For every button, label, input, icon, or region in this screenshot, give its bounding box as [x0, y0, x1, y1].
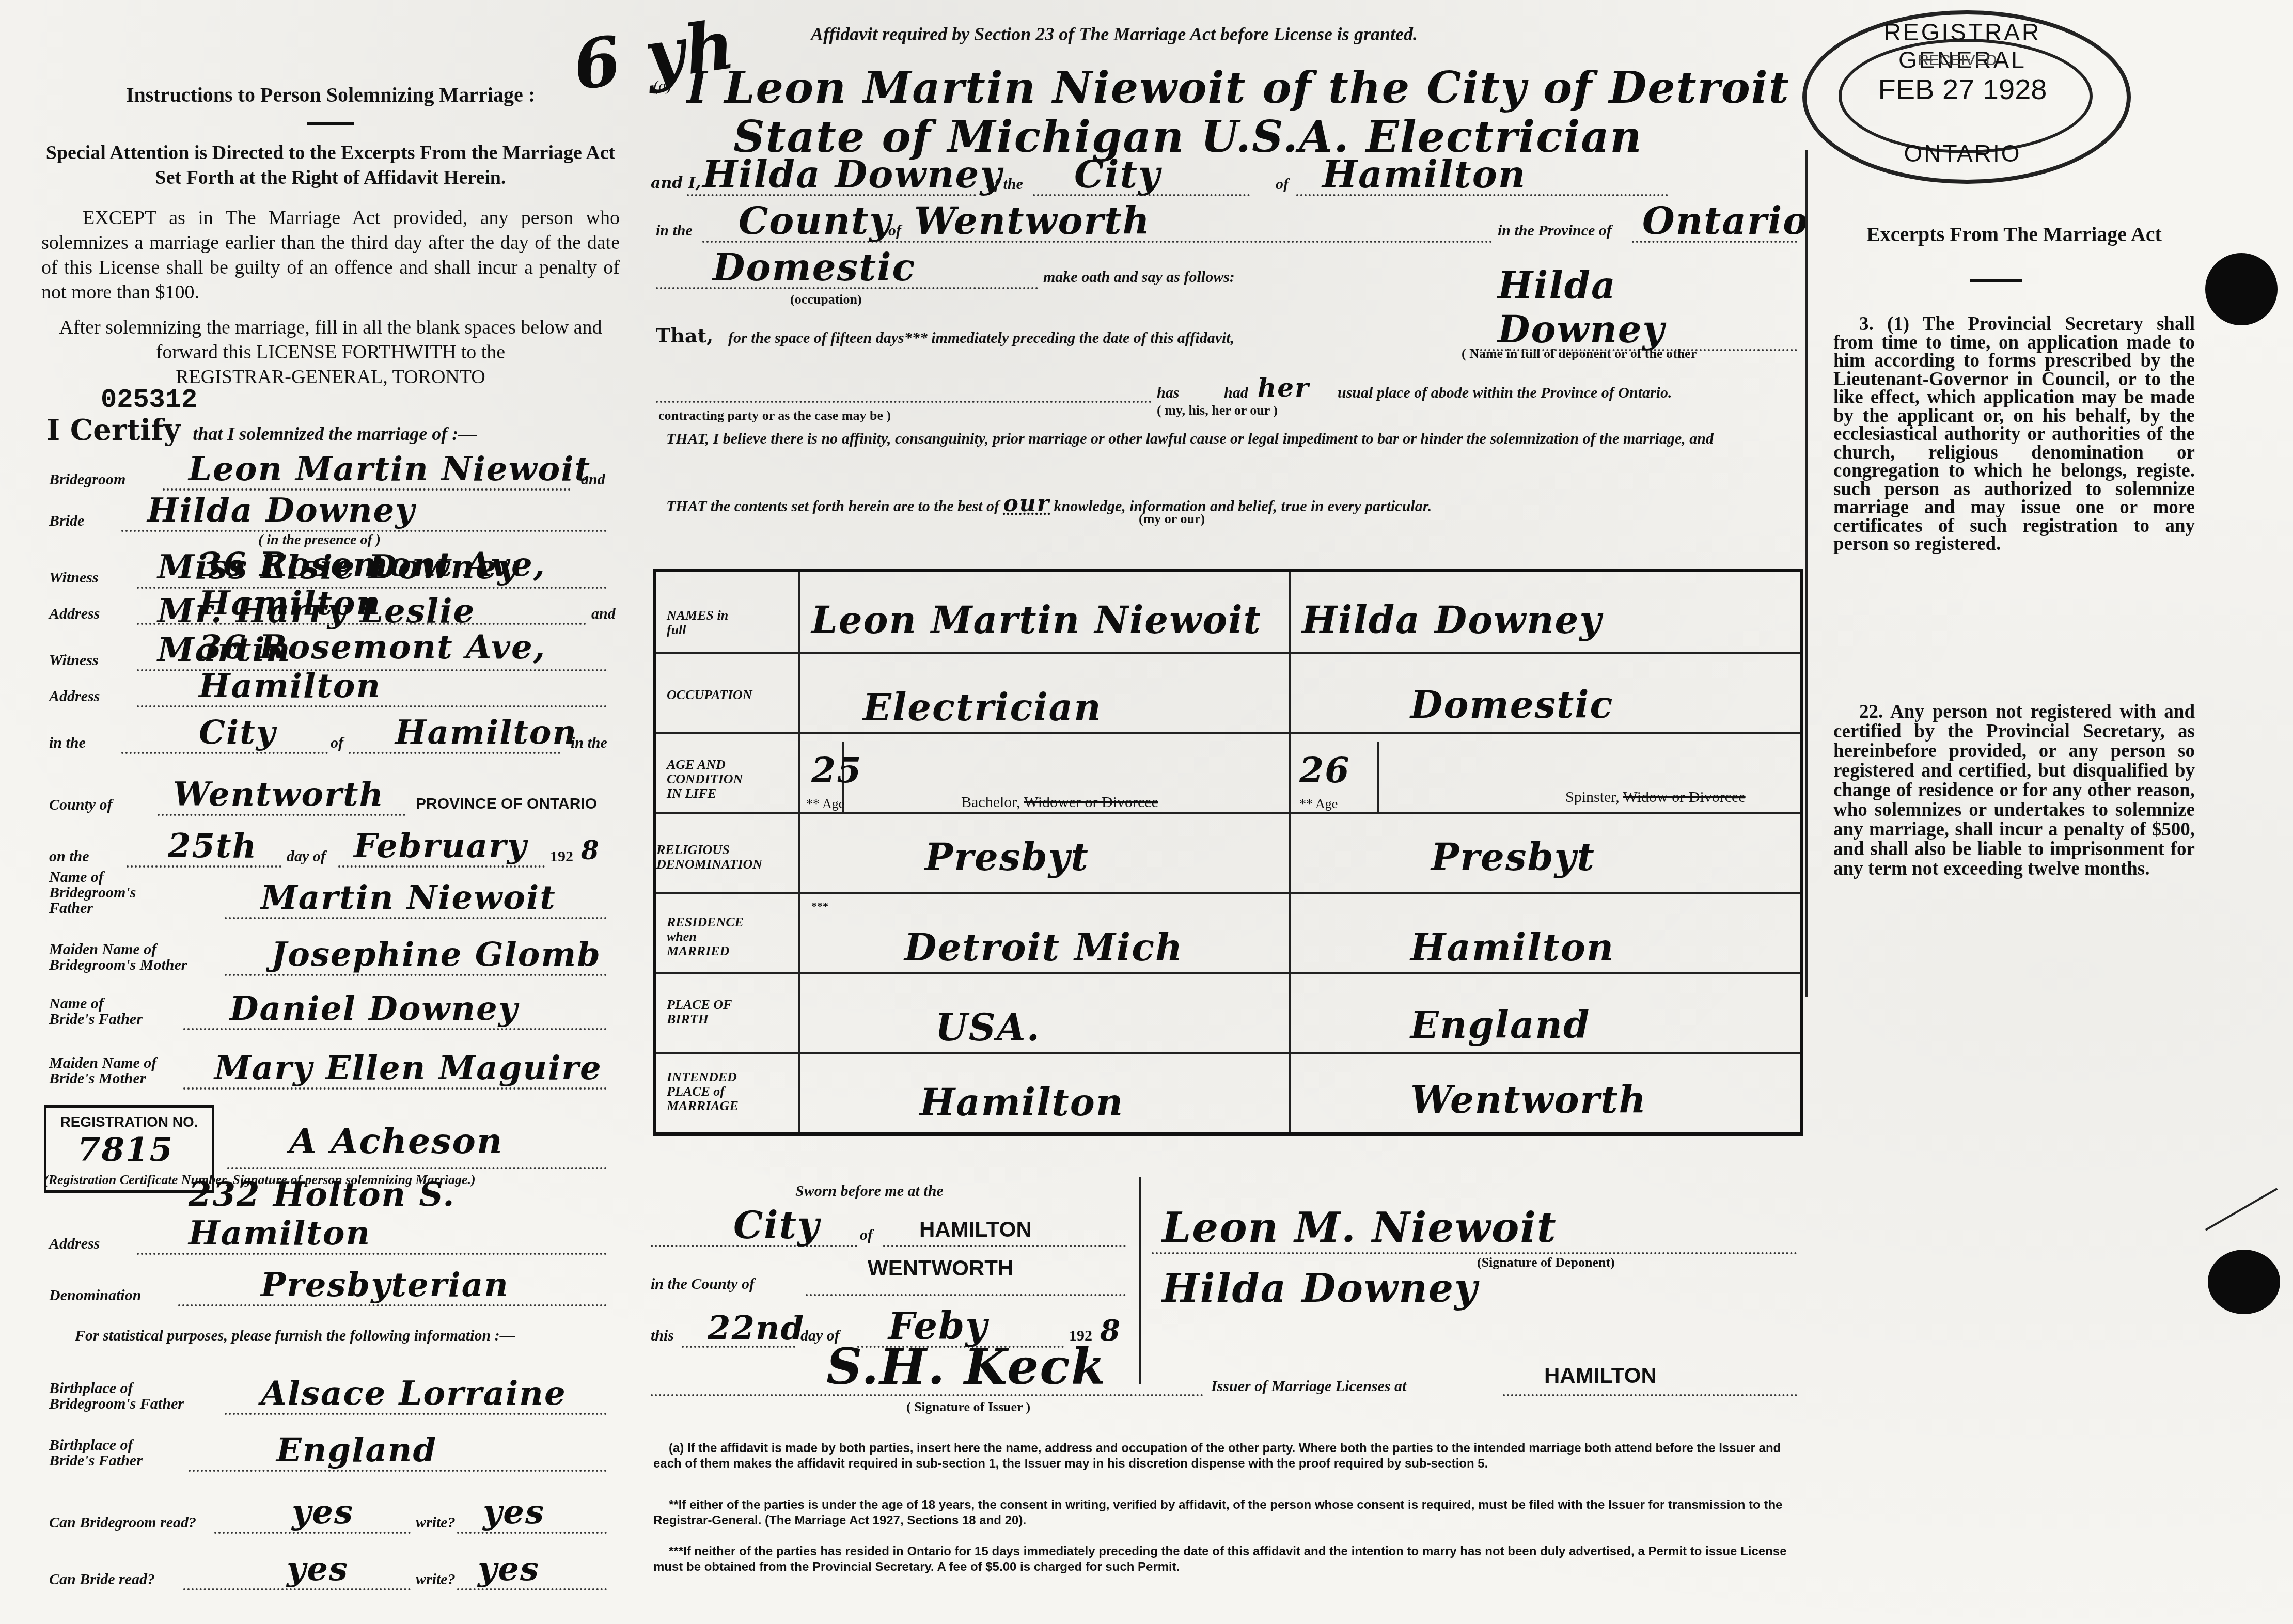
field-label: Can Bride read?: [49, 1572, 155, 1587]
groom-occupation: Electrician: [863, 685, 1102, 729]
abode-text: usual place of abode within the Province…: [1338, 385, 1672, 401]
county-province-line: in the County of Wentworth in the Provin…: [651, 201, 1797, 243]
bride-father-field: Name of Bride's Father Daniel Downey: [44, 989, 617, 1030]
field-line: [121, 752, 328, 754]
contents-text-pre: THAT the contents set forth herein are t…: [666, 498, 999, 515]
groom-birthplace: USA.: [935, 1005, 1041, 1049]
bride-residence: Hamilton: [1410, 925, 1614, 969]
field-line: [457, 1532, 607, 1534]
signature-line: [227, 1167, 607, 1169]
groom-father-value: Martin Niewoit: [261, 878, 556, 917]
field-line: [183, 1087, 607, 1090]
officiant-address-value: 232 Holton S. Hamilton: [189, 1175, 617, 1253]
field-label: Maiden Name of Bridegroom's Mother: [49, 942, 194, 973]
row-label: NAMES in full: [667, 608, 749, 637]
divider: [307, 122, 354, 125]
field-label: Name of Bridegroom's Father: [49, 870, 178, 916]
groom-age: 25: [811, 750, 862, 791]
county-type-value: County: [739, 199, 892, 243]
sworn-county: WENTWORTH: [868, 1256, 1013, 1281]
footnote-marker: ***: [811, 900, 828, 913]
contents-caption: (my or our): [1139, 511, 1205, 527]
marriage-date-field: on the 25th day of February 192 8: [44, 826, 617, 868]
excerpts-divider: [1805, 150, 1808, 997]
field-line: [883, 1245, 1126, 1247]
locality-value: Hamilton: [1322, 152, 1526, 196]
bride-intended-place: Wentworth: [1410, 1078, 1647, 1122]
divider: [1970, 279, 2022, 282]
footnote-marker-a: (a): [653, 77, 671, 95]
groom-residence: Detroit Mich: [904, 925, 1183, 969]
excerpts-title: Excerpts From The Marriage Act: [1831, 222, 2197, 246]
except-paragraph: EXCEPT as in The Marriage Act provided, …: [41, 206, 620, 305]
row-label: AGE AND CONDITION IN LIFE: [667, 758, 749, 801]
groom-denomination: Presbyt: [925, 835, 1089, 879]
had-label: had: [1224, 385, 1248, 401]
sworn-caption: Sworn before me at the: [795, 1182, 944, 1200]
groom-father-birthplace-value: Alsace Lorraine: [261, 1374, 567, 1413]
field-line: [214, 1532, 411, 1534]
field-label: in the: [49, 735, 86, 751]
table-row: RELIGIOUS DENOMINATION Presbyt Presbyt: [656, 812, 1800, 894]
groom-condition: Bachelor, Widower or Divorcee: [961, 794, 1158, 811]
signature-line: [651, 1394, 1203, 1396]
field-label: Birthplace of Bridegroom's Father: [49, 1381, 194, 1412]
bride-write-value: yes: [478, 1550, 540, 1588]
bride-denomination: Presbyt: [1431, 835, 1595, 879]
has-label: has: [1157, 385, 1179, 401]
table-row: RESIDENCE when MARRIED *** Detroit Mich …: [656, 892, 1800, 974]
bridegroom-field: Bridegroom Leon Martin Niewoit and: [44, 449, 617, 491]
bride-name: Hilda Downey: [1302, 598, 1602, 642]
bride-condition: Spinster, Widow or Divorcee: [1565, 789, 1746, 806]
denomination-field: Denomination Presbyterian: [44, 1260, 617, 1306]
sworn-county-line: in the County of WENTWORTH: [651, 1250, 1126, 1296]
day-of-label: day of: [287, 849, 326, 864]
groom-read-value: yes: [292, 1493, 354, 1532]
locality-type-value: City: [199, 713, 276, 752]
footnote-a: (a) If the affidavit is made by both par…: [653, 1441, 1795, 1472]
form-number: 025312: [101, 385, 197, 415]
year-suffix-value: 8: [581, 835, 600, 865]
marriage-day-value: 25th: [168, 827, 257, 865]
stamp-date: FEB 27 1928: [1849, 72, 2076, 106]
bride-read-value: yes: [287, 1550, 349, 1588]
field-line: [656, 401, 1152, 403]
statistical-note: For statistical purposes, please furnish…: [44, 1327, 607, 1345]
and-i-label: and I,: [651, 176, 701, 191]
deponent-signature-caption: (Signature of Deponent): [1477, 1255, 1615, 1270]
occupation-caption: (occupation): [790, 292, 862, 307]
field-label: Bridegroom: [49, 472, 125, 487]
condition-selected: Spinster,: [1565, 789, 1620, 806]
of-label: of: [860, 1227, 873, 1243]
bride-occupation: Domestic: [1410, 683, 1613, 727]
registration-label: REGISTRATION NO.: [46, 1114, 212, 1130]
sworn-city: HAMILTON: [919, 1217, 1032, 1242]
deponent-signature-1: Leon M. Niewoit: [1162, 1203, 1557, 1252]
age-caption: ** Age: [806, 796, 844, 812]
certify-line: I Certify that I solemnized the marriage…: [46, 413, 477, 447]
stamp-received-text: RECEIVED: [1880, 52, 2035, 69]
oath-text: make oath and say as follows:: [1043, 270, 1235, 285]
bride-birthplace: England: [1410, 1003, 1590, 1047]
issuer-signature: S.H. Keck: [826, 1337, 1106, 1396]
groom-intended-place: Hamilton: [920, 1080, 1124, 1124]
belief-paragraph: THAT, I believe there is no affinity, co…: [653, 429, 1795, 449]
that-text: for the space of fifteen days*** immedia…: [728, 330, 1234, 346]
locality-type-value: City: [1074, 152, 1161, 196]
instructions-title: Instructions to Person Solemnizing Marri…: [41, 83, 620, 107]
and-label: and: [581, 472, 605, 487]
that-name-value: Hilda Downey: [1498, 263, 1797, 351]
issuer-signature-caption: ( Signature of Issuer ): [906, 1399, 1030, 1415]
sworn-locality-line: City of HAMILTON: [651, 1198, 1126, 1247]
field-line: [1503, 1394, 1797, 1396]
details-table: NAMES in full Leon Martin Niewoit Hilda …: [653, 569, 1803, 1136]
row-label: INTENDED PLACE of MARRIAGE: [667, 1070, 744, 1113]
field-line: [127, 865, 281, 868]
row-label: OCCUPATION: [667, 688, 752, 702]
field-line: [349, 752, 560, 754]
field-line: [137, 705, 607, 707]
address2-field: Address 36 Rosemont Ave, Hamilton: [44, 666, 617, 707]
condition-selected: Bachelor,: [961, 794, 1020, 811]
of-label: of: [1276, 177, 1289, 192]
affidavit-line-1: I Leon Martin Niewoit of the City of Det…: [687, 62, 1790, 113]
field-label: Address: [49, 1236, 100, 1252]
bride-mother-value: Mary Ellen Maguire: [214, 1049, 602, 1087]
province-label: PROVINCE OF ONTARIO: [416, 795, 597, 813]
punch-hole: [2208, 1250, 2280, 1314]
groom-mother-field: Maiden Name of Bridegroom's Mother Josep…: [44, 935, 617, 976]
field-line: [137, 1253, 607, 1255]
sworn-locality-type: City: [733, 1203, 820, 1247]
field-line: [178, 1304, 607, 1306]
special-attention-note: Special Attention is Directed to the Exc…: [41, 140, 620, 190]
deponent-line: and I, Hilda Downey of the City of Hamil…: [651, 155, 1797, 196]
bride-father-birthplace-field: Birthplace of Bride's Father England: [44, 1425, 617, 1472]
stamp-bottom-text: ONTARIO: [1880, 139, 2045, 167]
bride-value: Hilda Downey: [147, 491, 415, 530]
row-label: RELIGIOUS DENOMINATION: [656, 843, 796, 872]
contents-paragraph: THAT the contents set forth herein are t…: [666, 491, 1432, 517]
footnote-double-star: **If either of the parties is under the …: [653, 1497, 1795, 1528]
affidavit-heading: Affidavit required by Section 23 of The …: [811, 23, 1418, 45]
field-line: [189, 1470, 607, 1472]
county-field: County of Wentworth PROVINCE OF ONTARIO: [44, 775, 617, 816]
county-label: in the County of: [651, 1276, 755, 1292]
issuer-location: HAMILTON: [1544, 1363, 1657, 1388]
of-the-label: of the: [986, 177, 1023, 192]
table-row: PLACE OF BIRTH USA. England: [656, 972, 1800, 1054]
abode-line: has had her usual place of abode within …: [651, 372, 1797, 403]
county-value: Wentworth: [914, 199, 1151, 243]
field-label: Can Bridegroom read?: [49, 1515, 196, 1531]
instructions-panel: Instructions to Person Solemnizing Marri…: [41, 62, 620, 389]
locality-field: in the City of Hamilton in the: [44, 713, 617, 754]
groom-father-birthplace-field: Birthplace of Bridegroom's Father Alsace…: [44, 1368, 617, 1415]
had-value: her: [1258, 372, 1310, 403]
residency-line: That, for the space of fifteen days*** i…: [651, 310, 1797, 351]
groom-father-field: Name of Bridegroom's Father Martin Niewo…: [44, 878, 617, 919]
field-label: Address: [49, 606, 100, 622]
field-label: on the: [49, 849, 89, 864]
this-label: this: [651, 1328, 674, 1344]
in-the-suffix: in the: [571, 735, 607, 751]
field-line: [183, 1028, 607, 1030]
write-label: write?: [416, 1515, 456, 1531]
denomination-value: Presbyterian: [261, 1266, 509, 1304]
footnote-triple-star: ***If neither of the parties has resided…: [653, 1544, 1795, 1575]
row-label: RESIDENCE when MARRIED: [667, 915, 744, 958]
bride-father-birthplace-value: England: [276, 1431, 437, 1470]
signature-line: [1152, 1252, 1797, 1254]
bride-age: 26: [1299, 750, 1350, 791]
excerpt-section-22: 22. Any person not registered with and c…: [1833, 702, 2195, 879]
province-value: Ontario: [1642, 199, 1809, 243]
field-line: [225, 917, 607, 919]
field-line: [183, 1588, 411, 1590]
that-heading: That,: [656, 324, 713, 347]
after-solemnizing-paragraph: After solemnizing the marriage, fill in …: [41, 315, 620, 365]
field-label: Maiden Name of Bride's Mother: [49, 1055, 168, 1086]
table-row: NAMES in full Leon Martin Niewoit Hilda …: [656, 572, 1800, 652]
deponent-signature-2: Hilda Downey: [1162, 1265, 1478, 1311]
table-row: INTENDED PLACE of MARRIAGE Hamilton Went…: [656, 1052, 1800, 1131]
bridegroom-value: Leon Martin Niewoit: [189, 450, 591, 488]
locality-value: Hamilton: [395, 713, 577, 752]
field-line: [225, 1413, 607, 1415]
name-caption-1: ( Name in full of deponent or of the oth…: [1462, 346, 1697, 361]
sworn-day: 22nd: [708, 1309, 805, 1348]
bride-father-value: Daniel Downey: [230, 989, 519, 1028]
possessive-caption: ( my, his, her or our ): [1157, 403, 1278, 418]
in-the-label: in the: [656, 223, 693, 239]
table-row: OCCUPATION Electrician Domestic: [656, 652, 1800, 734]
occupation-value: Domestic: [713, 245, 916, 289]
contents-text-post: knowledge, information and belief, true …: [1054, 498, 1432, 515]
field-line: [225, 974, 607, 976]
officiant-signature: A Acheson: [289, 1121, 503, 1162]
excerpt-section-3: 3. (1) The Provincial Secretary shall fr…: [1833, 315, 2195, 554]
field-label: County of: [49, 797, 113, 813]
address2-value: 36 Rosemont Ave, Hamilton: [199, 628, 617, 705]
bride-field: Bride Hilda Downey: [44, 491, 617, 532]
province-label: in the Province of: [1498, 223, 1612, 239]
punch-hole: [2205, 253, 2278, 325]
field-line: [457, 1588, 607, 1590]
certify-heading: I Certify: [46, 413, 180, 447]
officiant-address-field: Address 232 Holton S. Hamilton: [44, 1208, 617, 1255]
groom-name: Leon Martin Niewoit: [811, 598, 1262, 642]
contents-value: our: [1003, 491, 1050, 517]
table-row: AGE AND CONDITION IN LIFE 25 ** Age Bach…: [656, 732, 1800, 814]
groom-write-value: yes: [483, 1493, 545, 1532]
year-prefix: 192: [550, 849, 573, 864]
field-label: Bride: [49, 513, 84, 529]
write-label: write?: [416, 1572, 456, 1587]
field-label: Address: [49, 689, 100, 704]
name-caption-2: contracting party or as the case may be …: [658, 408, 891, 423]
county-value: Wentworth: [173, 775, 384, 814]
certify-text: that I solemnized the marriage of :—: [193, 423, 477, 444]
groom-mother-value: Josephine Glomb: [271, 935, 601, 974]
bride-literacy-field: Can Bride read? yes write? yes: [44, 1544, 617, 1590]
of-label: of: [331, 735, 343, 751]
field-line: [338, 865, 545, 868]
bride-mother-field: Maiden Name of Bride's Mother Mary Ellen…: [44, 1048, 617, 1090]
marriage-month-value: February: [354, 827, 527, 865]
field-label: Name of Bride's Father: [49, 996, 147, 1027]
field-label: Denomination: [49, 1288, 141, 1303]
field-label: Birthplace of Bride's Father: [49, 1438, 147, 1469]
condition-struck: Widow or Divorcee: [1623, 789, 1746, 806]
sworn-divider: [1139, 1177, 1141, 1384]
condition-struck: Widower or Divorcee: [1024, 794, 1158, 811]
field-line: [158, 814, 405, 816]
groom-literacy-field: Can Bridegroom read? yes write? yes: [44, 1487, 617, 1534]
of-label: of: [888, 223, 901, 239]
deponent-name-value: Hilda Downey: [702, 152, 1002, 196]
field-line: [806, 1294, 1126, 1296]
row-label: PLACE OF BIRTH: [667, 998, 744, 1027]
age-caption: ** Age: [1299, 796, 1338, 812]
occupation-line: Domestic make oath and say as follows:: [651, 248, 1374, 289]
registration-number: 7815: [77, 1130, 212, 1169]
issuer-label: Issuer of Marriage Licenses at: [1211, 1379, 1406, 1394]
age-divider: [1377, 742, 1379, 814]
